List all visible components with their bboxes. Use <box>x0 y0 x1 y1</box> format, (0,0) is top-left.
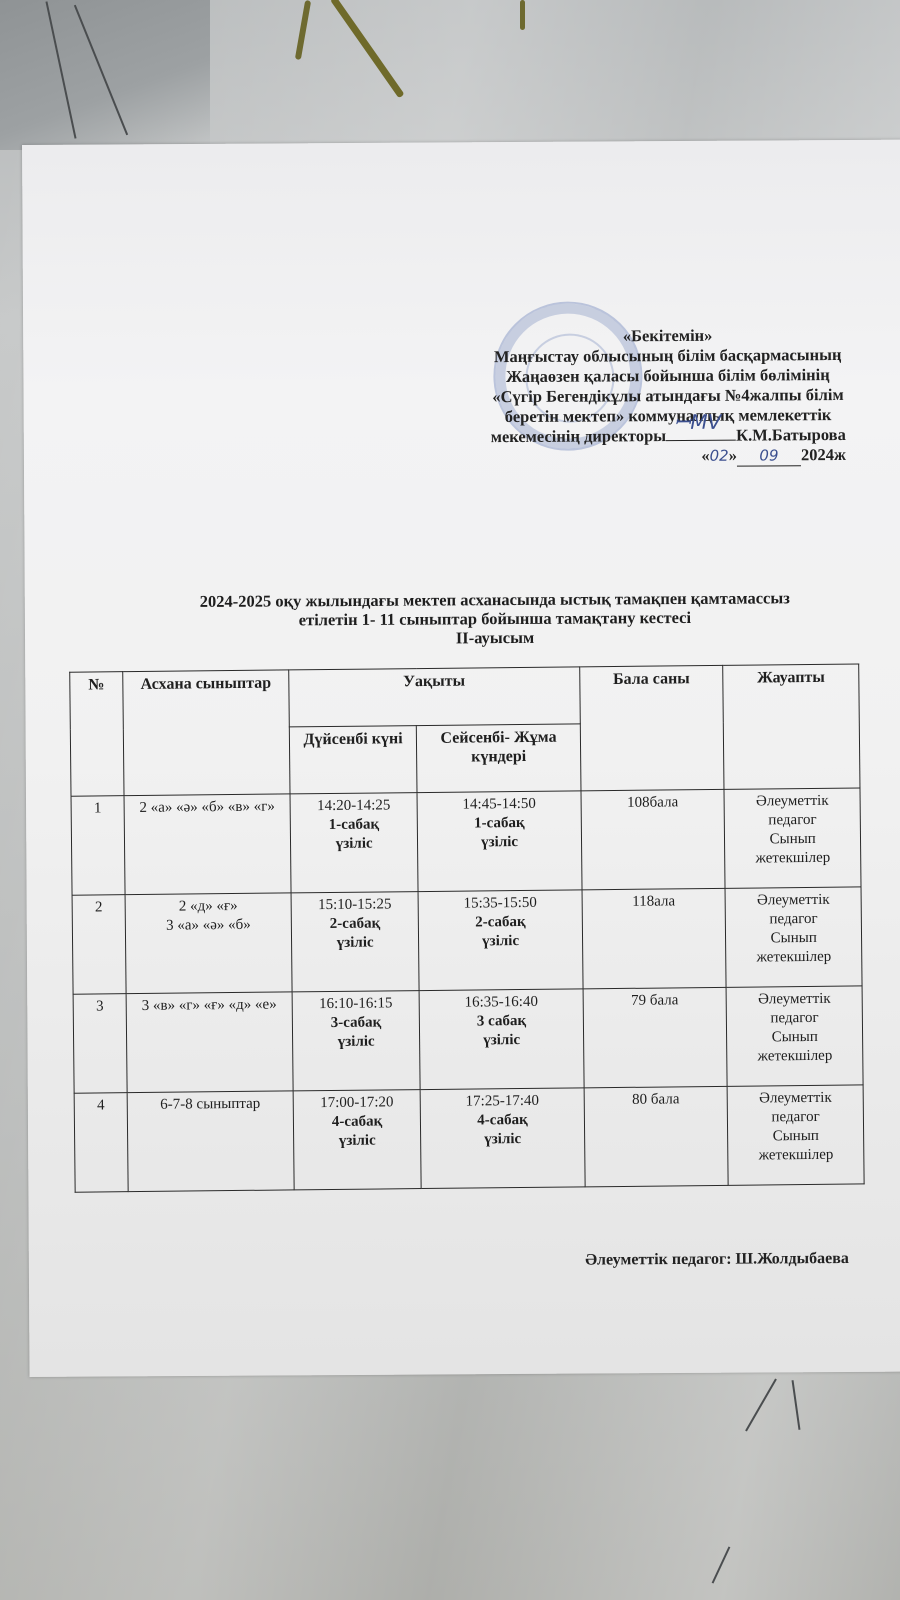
cell-no: 2 <box>72 895 126 995</box>
header-monday: Дүйсенбі күні <box>289 726 417 794</box>
date-day: 02 <box>710 447 729 465</box>
cell-classes: 2 «а» «ә» «б» «в» «г» <box>124 794 291 895</box>
meal-schedule-table: № Асхана сыныптар Уақыты Бала саны Жауап… <box>69 663 864 1192</box>
footer-signatory: Әлеуметтік педагог: Ш.Жолдыбаева <box>585 1250 849 1270</box>
cell-responsible: Әлеуметтік педагог Сынып жетекшілер <box>725 887 862 987</box>
date-year: 2024ж <box>801 445 846 464</box>
marble-dark-patch <box>0 0 210 150</box>
table-row: 2 2 «д» «ғ» 3 «а» «ә» «б» 15:10-15:25 2-… <box>72 887 862 994</box>
header-responsible: Жауапты <box>723 664 860 789</box>
cell-responsible: Әлеуметтік педагог Сынып жетекшілер <box>726 986 863 1086</box>
shift-label: ІІ-ауысым <box>145 626 845 649</box>
cell-classes: 6-7-8 сыныптар <box>127 1091 294 1192</box>
cell-no: 4 <box>74 1093 128 1193</box>
approval-line: беретін мектеп» коммуналдық мемлекеттік <box>490 405 845 427</box>
cell-count: 80 бала <box>584 1086 729 1186</box>
cell-count: 118ала <box>582 888 727 988</box>
marble-vein <box>520 0 525 30</box>
cell-monday: 16:10-16:15 3-сабақ үзіліс <box>292 991 420 1091</box>
cell-monday: 14:20-14:25 1-сабақ үзіліс <box>290 793 418 893</box>
header-classes: Асхана сыныптар <box>123 670 290 796</box>
cell-tue-fri: 17:25-17:40 4-сабақ үзіліс <box>420 1088 584 1189</box>
approval-date: «02»092024ж <box>491 445 846 468</box>
cell-no: 1 <box>71 796 125 896</box>
cell-tue-fri: 16:35-16:40 3 сабақ үзіліс <box>419 989 583 1090</box>
approval-line: Жаңаөзен қаласы бойынша білім бөлімінің <box>490 365 845 387</box>
document-sheet: «Бекітемін» Маңғыстау облысының білім ба… <box>22 140 900 1377</box>
approval-line: Маңғыстау облысының білім басқармасының <box>490 345 845 367</box>
signature-line: ꟷМV <box>666 426 736 441</box>
header-no: № <box>70 672 124 797</box>
table-row: 4 6-7-8 сыныптар 17:00-17:20 4-сабақ үзі… <box>74 1085 864 1192</box>
document-title: 2024-2025 оқу жылындағы мектеп асханасын… <box>145 588 845 649</box>
cell-monday: 17:00-17:20 4-сабақ үзіліс <box>293 1090 421 1190</box>
date-month: 09 <box>737 445 801 466</box>
director-line: мекемесінің директорыꟷМVК.М.Батырова <box>491 425 846 447</box>
table-row: 3 3 «в» «г» «ғ» «д» «е» 16:10-16:15 3-са… <box>73 986 863 1093</box>
cell-responsible: Әлеуметтік педагог Сынып жетекшілер <box>727 1085 864 1185</box>
cell-monday: 15:10-15:25 2-сабақ үзіліс <box>291 892 419 992</box>
cell-tue-fri: 15:35-15:50 2-сабақ үзіліс <box>418 890 582 991</box>
cell-tue-fri: 14:45-14:50 1-сабақ үзіліс <box>417 791 581 892</box>
approval-line: «Сүгір Бегендікұлы атындағы №4жалпы білі… <box>490 385 845 407</box>
cell-count: 108бала <box>581 789 726 889</box>
director-name: К.М.Батырова <box>736 425 846 445</box>
director-prefix: мекемесінің директоры <box>491 426 667 446</box>
header-time: Уақыты <box>289 667 581 727</box>
header-tue-fri: Сейсенбі- Жұма күндері <box>417 724 581 793</box>
table-row: 1 2 «а» «ә» «б» «в» «г» 14:20-14:25 1-са… <box>71 788 861 895</box>
cell-responsible: Әлеуметтік педагог Сынып жетекшілер <box>724 788 861 888</box>
header-count: Бала саны <box>579 665 724 790</box>
cell-count: 79 бала <box>583 987 728 1087</box>
cell-classes: 2 «д» «ғ» 3 «а» «ә» «б» <box>125 893 292 994</box>
cell-classes: 3 «в» «г» «ғ» «д» «е» <box>126 992 293 1093</box>
approval-block: «Бекітемін» Маңғыстау облысының білім ба… <box>490 325 846 468</box>
signature-icon: ꟷМV <box>674 412 721 432</box>
approval-heading: «Бекітемін» <box>490 325 845 347</box>
cell-no: 3 <box>73 994 127 1094</box>
